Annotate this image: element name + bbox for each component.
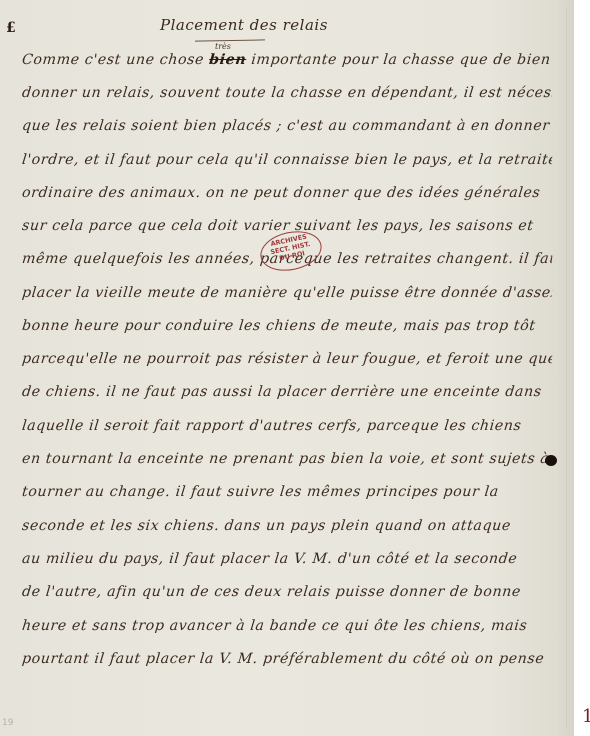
text-line: heure et sans trop avancer à la bande ce… bbox=[21, 618, 553, 634]
text-line: Comme c'est une chose bien importante po… bbox=[21, 52, 553, 68]
corner-mark: £ bbox=[6, 20, 16, 36]
line-text: Comme c'est une chose bbox=[21, 52, 210, 68]
text-line: seconde et les six chiens. dans un pays … bbox=[21, 518, 553, 534]
text-line: l'ordre, et il faut pour cela qu'il conn… bbox=[21, 152, 553, 168]
text-line: laquelle il seroit fait rapport d'autres… bbox=[21, 418, 553, 434]
text-line: au milieu du pays, il faut placer la V. … bbox=[21, 551, 553, 567]
ink-blot bbox=[545, 455, 557, 466]
text-line: ordinaire des animaux. on ne peut donner… bbox=[21, 185, 553, 201]
footer-mark: 19 bbox=[2, 718, 13, 728]
folio-number: 1 bbox=[582, 706, 590, 727]
text-line: pourtant il faut placer la V. M. préféra… bbox=[21, 651, 553, 667]
text-line: de l'autre, afin qu'un de ces deux relai… bbox=[21, 584, 553, 600]
interlinear-insertion: très bbox=[215, 42, 231, 51]
text-line: placer la vieille meute de manière qu'el… bbox=[21, 285, 553, 301]
text-line: parcequ'elle ne pourroit pas résister à … bbox=[21, 351, 553, 367]
text-line: donner un relais, souvent toute la chass… bbox=[21, 85, 553, 101]
text-line: de chiens. il ne faut pas aussi la place… bbox=[21, 384, 553, 400]
text-line: en tournant la enceinte ne prenant pas b… bbox=[21, 451, 553, 467]
text-line: tourner au change. il faut suivre les mê… bbox=[21, 484, 553, 500]
page-edge bbox=[566, 8, 567, 728]
page-title: Placement des relais bbox=[160, 16, 380, 34]
text-line: bonne heure pour conduire les chiens de … bbox=[21, 318, 553, 334]
manuscript-page: £ Placement des relais très Comme c'est … bbox=[0, 0, 574, 736]
line-text: importante pour la chasse que de bien bbox=[245, 52, 551, 68]
text-line: que les relais soient bien placés ; c'es… bbox=[21, 118, 553, 134]
struck-word: bien bbox=[208, 52, 247, 68]
